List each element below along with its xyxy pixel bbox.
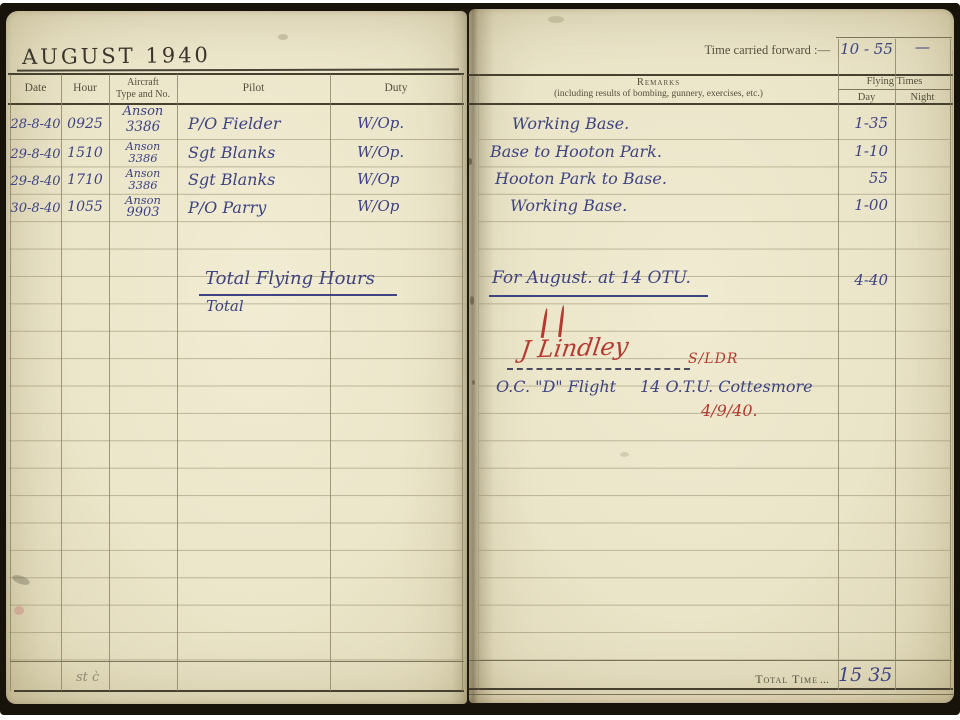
signature-unit-left: O.C. "D" Flight (496, 377, 616, 396)
table-bottom-border-left (14, 690, 464, 692)
paper-smudge-pink (14, 606, 24, 615)
cell-date: 30-8-40 (10, 201, 61, 216)
header-separator-left (8, 103, 464, 105)
total-sub-label: Total (206, 297, 244, 315)
col-line-night-right-edge (950, 39, 951, 690)
col-line-left-page-right-edge (462, 74, 463, 691)
logbook-scan: AUGUST 1940 Time carried forward :— 10 -… (0, 0, 960, 720)
col-header-day: Day (838, 92, 895, 103)
cell-aircraft-type: Anson (110, 104, 176, 119)
total-time-label: Total Time (640, 672, 818, 687)
col-header-duty: Duty (330, 82, 462, 94)
cell-pilot: P/O Fielder (188, 114, 281, 133)
faint-pencil-marks: st c̀ (76, 670, 99, 685)
total-label-underline (199, 294, 397, 296)
footer-separator-left (10, 661, 464, 662)
gutter-speck (472, 380, 475, 385)
cell-day-time: 1-10 (838, 142, 894, 160)
cell-aircraft-no: 3386 (110, 178, 176, 192)
time-carried-forward-label: Time carried forward :— (610, 43, 830, 58)
cell-aircraft-no: 3386 (110, 151, 176, 165)
col-header-aircraft-line2: Type and No. (109, 89, 177, 100)
time-carried-forward-day: 10 - 55 (838, 40, 895, 58)
total-flying-hours-label: Total Flying Hours (205, 268, 375, 289)
total-day-time: 4-40 (838, 271, 894, 289)
total-time-value: 15 35 (838, 664, 892, 686)
time-carried-forward-night: — (895, 38, 950, 56)
gutter-speck (468, 158, 472, 165)
cell-hour: 1055 (61, 199, 109, 215)
cell-hour: 1710 (61, 172, 109, 188)
col-line-day-night (895, 39, 896, 690)
table-bottom-border-right-2 (469, 694, 953, 695)
header-separator-right (468, 103, 953, 105)
table-bottom-border-right (469, 688, 953, 690)
cell-pilot: Sgt Blanks (188, 170, 275, 189)
cell-date: 28-8-40 (10, 117, 61, 132)
cell-day-time: 1-00 (838, 196, 894, 214)
cell-remarks: Working Base. (510, 196, 627, 215)
col-line-remarks-day (838, 39, 839, 690)
table-top-border-left (8, 73, 464, 75)
cell-pilot: P/O Parry (188, 198, 266, 217)
signature-rank: S/LDR (688, 351, 738, 367)
cell-aircraft-no: 3386 (110, 119, 176, 135)
col-header-aircraft-line1: Aircraft (109, 77, 177, 88)
cell-remarks: Base to Hooton Park. (490, 142, 662, 161)
cell-day-time: 1-35 (838, 114, 894, 132)
footer-separator-right (469, 660, 952, 661)
col-line-pilot-duty (330, 74, 331, 691)
cell-remarks: Hooton Park to Base. (495, 169, 667, 188)
paper-stain (548, 16, 564, 23)
paper-stain (620, 452, 629, 457)
col-header-date: Date (10, 82, 61, 94)
cell-day-time: 55 (838, 169, 894, 187)
cell-duty: W/Op. (357, 143, 404, 161)
col-header-remarks-line1: Remarks (479, 77, 838, 88)
col-header-remarks-line2: (including results of bombing, gunnery, … (479, 89, 838, 99)
signature-unit-right: 14 O.T.U. Cottesmore (640, 377, 813, 396)
paper-stain (278, 34, 288, 40)
page-edge-line-1 (952, 50, 953, 650)
col-line-left-edge (10, 74, 11, 691)
col-line-remarks-left (478, 74, 479, 690)
col-header-pilot: Pilot (177, 82, 330, 94)
col-header-night: Night (895, 92, 950, 103)
col-header-flying-times: Flying Times (838, 76, 951, 87)
cell-pilot: Sgt Blanks (188, 143, 275, 162)
col-header-hour: Hour (61, 82, 109, 94)
cell-duty: W/Op (357, 197, 399, 215)
cell-duty: W/Op (357, 170, 399, 188)
total-time-dots: ... (820, 672, 829, 687)
col-line-date-hour (61, 74, 62, 691)
cell-aircraft-no: 9903 (110, 205, 176, 220)
signature-dotted-line (507, 368, 690, 370)
cell-hour: 1510 (61, 145, 109, 161)
cell-hour: 0925 (61, 116, 109, 132)
month-title: AUGUST 1940 (22, 43, 211, 69)
gutter-speck (470, 296, 474, 305)
total-remark: For August. at 14 OTU. (492, 268, 691, 288)
cell-duty: W/Op. (357, 114, 404, 132)
col-line-aircraft-pilot (177, 74, 178, 691)
signature-name: J Lindley (519, 332, 631, 364)
cell-date: 29-8-40 (10, 147, 61, 162)
signature-date: 4/9/40. (701, 401, 758, 420)
cell-date: 29-8-40 (10, 174, 61, 189)
ruled-lines-left (9, 139, 463, 662)
cell-remarks: Working Base. (512, 114, 629, 133)
total-remark-underline (489, 295, 708, 297)
